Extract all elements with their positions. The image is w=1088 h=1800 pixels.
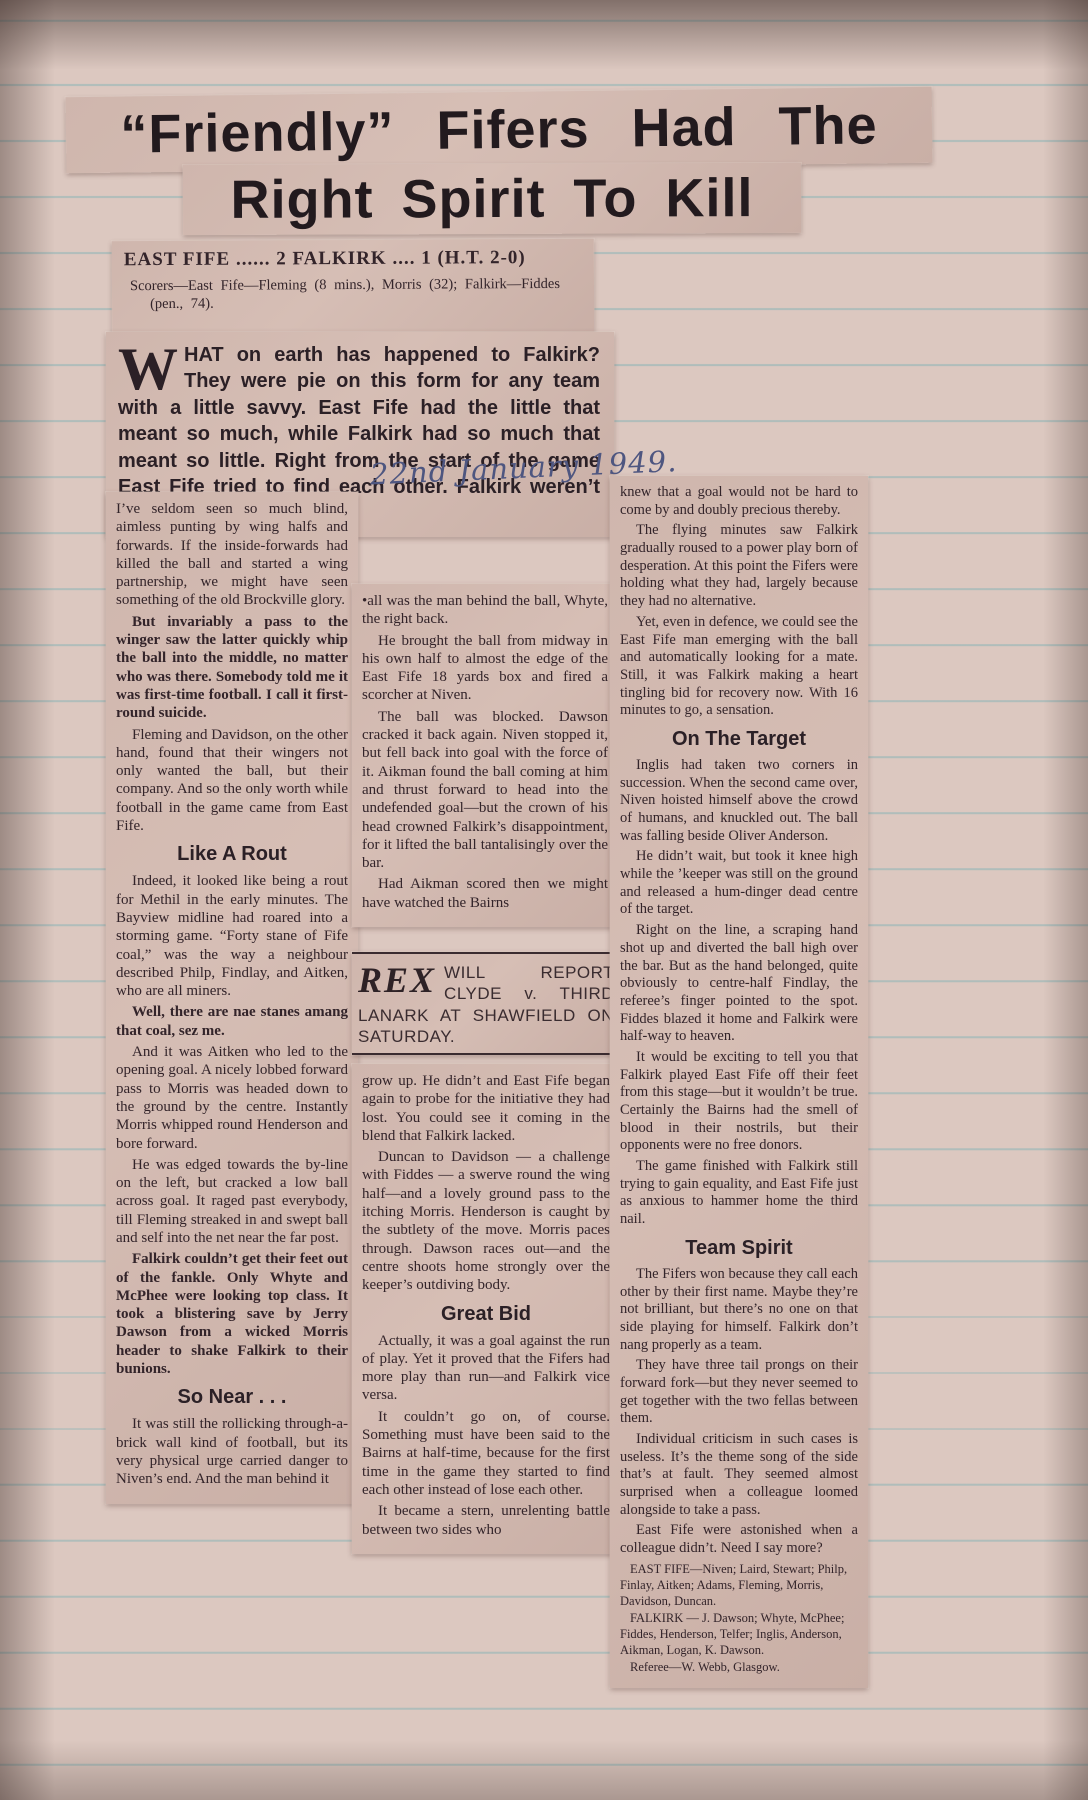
paragraph: Inglis had taken two corners in successi… xyxy=(620,757,858,845)
subheading: On The Target xyxy=(620,728,858,751)
paragraph: Individual criticism in such cases is us… xyxy=(620,1431,858,1519)
paragraph: The flying minutes saw Falkirk gradually… xyxy=(620,522,858,610)
rex-signature: REX xyxy=(358,964,436,996)
subheading: Team Spirit xyxy=(620,1237,858,1260)
paragraph: He brought the ball from midway in his o… xyxy=(362,632,608,705)
paragraph: Falkirk couldn’t get their feet out of t… xyxy=(116,1250,348,1378)
rex-promo-inner: REX WILL REPORT CLYDE v. THIRD LANARK AT… xyxy=(358,962,614,1047)
paragraph: It couldn’t go on, of course. Something … xyxy=(362,1408,610,1499)
paragraph: FALKIRK — J. Dawson; Whyte, McPhee; Fidd… xyxy=(620,1610,858,1658)
paragraph: Fleming and Davidson, on the other hand,… xyxy=(116,726,348,836)
paragraph: grow up. He didn’t and East Fife began a… xyxy=(362,1072,610,1145)
paragraph: I’ve seldom seen so much blind, aimless … xyxy=(116,500,348,610)
headline-line2: Right Spirit To Kill xyxy=(183,163,801,235)
column-right: knew that a goal would not be hard to co… xyxy=(610,476,868,1688)
paragraph: Referee—W. Webb, Glasgow. xyxy=(620,1659,858,1675)
paragraph: It would be exciting to tell you that Fa… xyxy=(620,1049,858,1155)
column-left: I’ve seldom seen so much blind, aimless … xyxy=(106,492,358,1504)
paragraph: Yet, even in defence, we could see the E… xyxy=(620,614,858,720)
paragraph: EAST FIFE—Niven; Laird, Stewart; Philp, … xyxy=(620,1561,858,1609)
paragraph: The game finished with Falkirk still try… xyxy=(620,1158,858,1229)
paragraph: It was still the rollicking through-a-br… xyxy=(116,1415,348,1488)
paragraph: Had Aikman scored then we might have wat… xyxy=(362,875,608,912)
paragraph: It became a stern, unrelenting battle be… xyxy=(362,1502,610,1539)
paragraph: East Fife were astonished when a colleag… xyxy=(620,1522,858,1557)
headline-line1: “Friendly” Fifers Had The xyxy=(66,87,933,174)
subheading: So Near . . . xyxy=(116,1386,348,1409)
paragraph: The ball was blocked. Dawson cracked it … xyxy=(362,708,608,873)
paragraph: They have three tail prongs on their for… xyxy=(620,1357,858,1428)
rex-promo-box: REX WILL REPORT CLYDE v. THIRD LANARK AT… xyxy=(352,952,620,1055)
paragraph: Well, there are nae stanes amang that co… xyxy=(116,1003,348,1040)
paragraph: He was edged towards the by-line on the … xyxy=(116,1156,348,1247)
column-middle-bottom: grow up. He didn’t and East Fife began a… xyxy=(352,1064,620,1554)
subheading: Great Bid xyxy=(362,1303,610,1326)
paragraph: Right on the line, a scraping hand shot … xyxy=(620,922,858,1046)
column-middle-top: •all was the man behind the ball, Whyte,… xyxy=(352,584,618,927)
paragraph: And it was Aitken who led to the opening… xyxy=(116,1043,348,1153)
paragraph: Duncan to Davidson — a challenge with Fi… xyxy=(362,1148,610,1294)
paragraph: The Fifers won because they call each ot… xyxy=(620,1266,858,1354)
paragraph: But invariably a pass to the winger saw … xyxy=(116,613,348,723)
scorers-line: Scorers—East Fife—Fleming (8 mins.), Mor… xyxy=(124,275,582,314)
paragraph: Actually, it was a goal against the run … xyxy=(362,1332,610,1405)
paragraph: knew that a goal would not be hard to co… xyxy=(620,484,858,519)
score-line: EAST FIFE ...... 2 FALKIRK .... 1 (H.T. … xyxy=(124,247,582,271)
paragraph: •all was the man behind the ball, Whyte,… xyxy=(362,592,608,629)
paragraph: Indeed, it looked like being a rout for … xyxy=(116,872,348,1000)
score-clipping: EAST FIFE ...... 2 FALKIRK .... 1 (H.T. … xyxy=(112,239,594,338)
paragraph: He didn’t wait, but took it knee high wh… xyxy=(620,848,858,919)
scrapbook-page: “Friendly” Fifers Had The Right Spirit T… xyxy=(0,0,1088,1800)
subheading: Like A Rout xyxy=(116,843,348,866)
